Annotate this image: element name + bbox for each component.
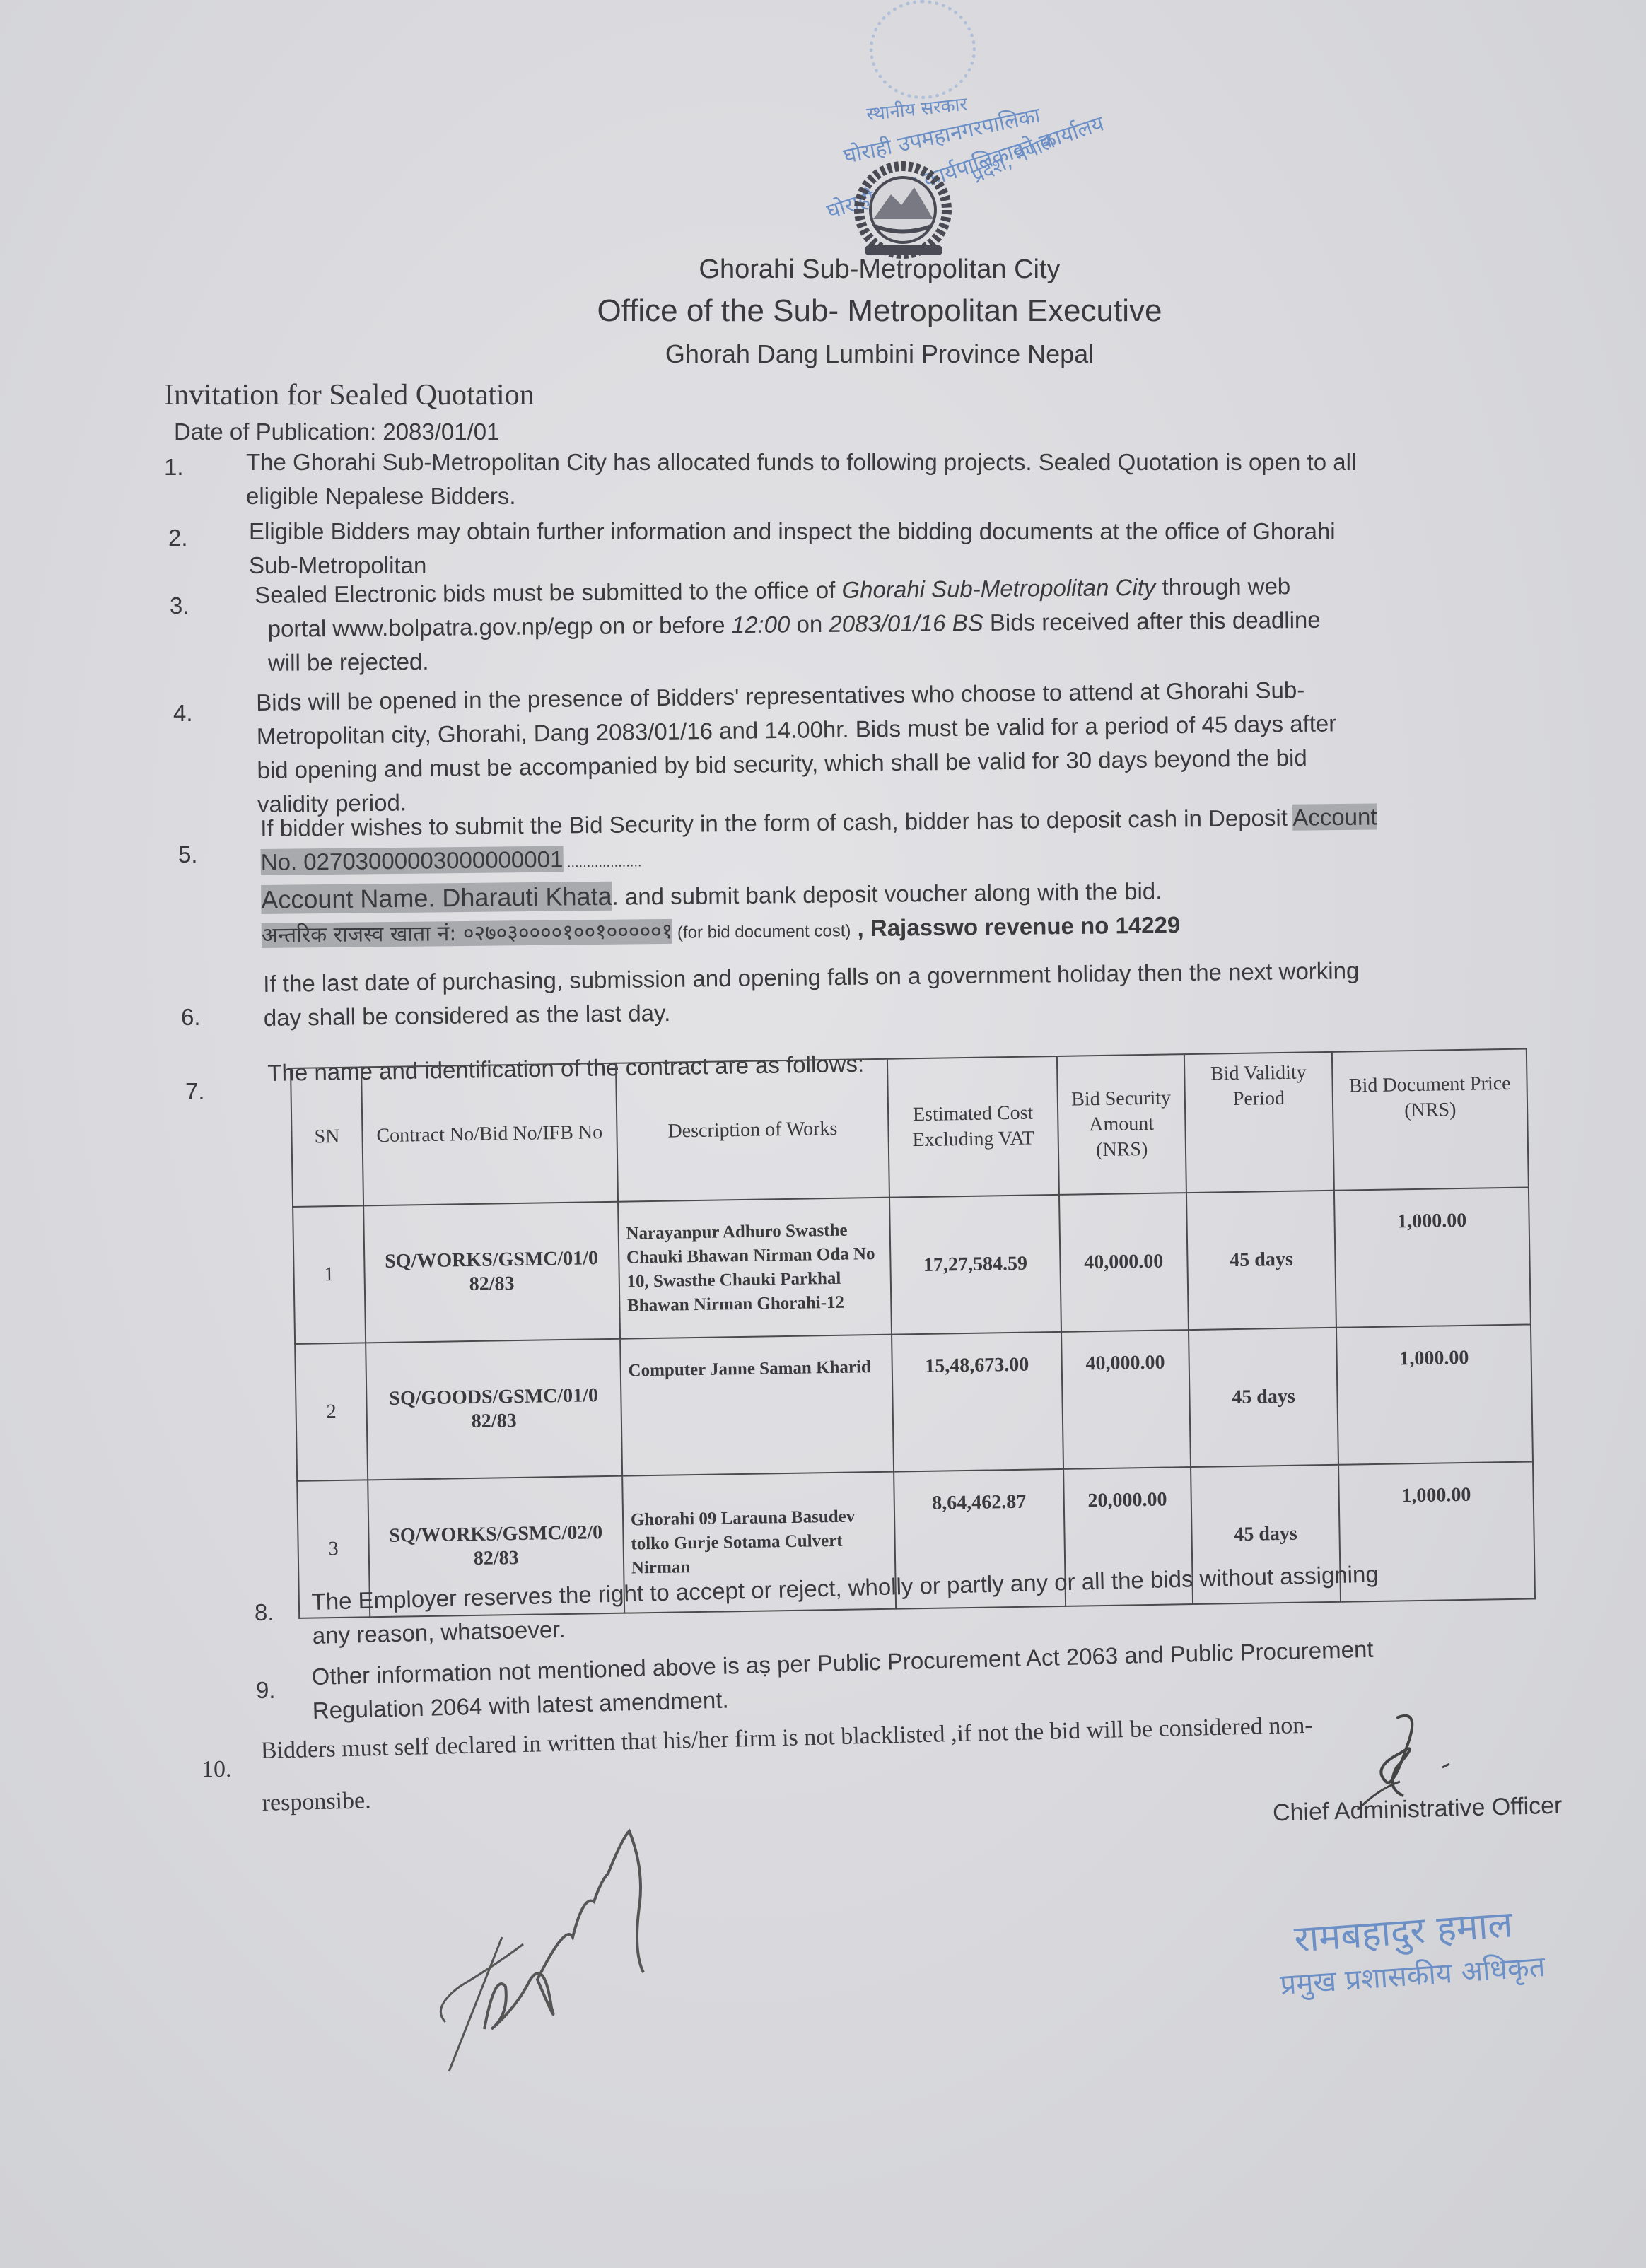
- clause-line: Eligible Bidders may obtain further info…: [249, 515, 1336, 549]
- clause-number: 9.: [256, 1677, 276, 1704]
- clause-number: 5.: [178, 841, 198, 868]
- cell-contract-no: SQ/WORKS/GSMC/01/0 82/83: [363, 1202, 620, 1343]
- city-name: Ghorahi Sub-Metropolitan City: [57, 255, 1646, 285]
- clause-number: 6.: [181, 1004, 201, 1031]
- contract-table: SN Contract No/Bid No/IFB No Description…: [290, 1048, 1536, 1619]
- revenue-account-number: अन्तरिक राजस्व खाता नं: ०२७०३००००१००१०००…: [262, 919, 673, 948]
- cell-estimated-cost: 15,48,673.00: [892, 1332, 1063, 1472]
- cell-validity: 45 days: [1189, 1328, 1339, 1467]
- cell-doc-price: 1,000.00: [1336, 1324, 1533, 1464]
- clause-number: 3.: [170, 592, 189, 619]
- column-header: Bid Validity Period: [1184, 1052, 1335, 1193]
- account-highlight: Account: [1292, 803, 1377, 830]
- office-name: Office of the Sub- Metropolitan Executiv…: [57, 293, 1646, 329]
- cell-validity: 45 days: [1186, 1191, 1337, 1330]
- clause-6: If the last date of purchasing, submissi…: [263, 954, 1360, 1035]
- table-header-row: SN Contract No/Bid No/IFB No Description…: [291, 1049, 1529, 1207]
- municipal-emblem: स्थानीय सरकार घोराही उपमहानगरपालिका घोरा…: [707, 0, 1032, 255]
- signatory-title: Chief Administrative Officer: [1273, 1792, 1563, 1828]
- clause-number: 4.: [173, 700, 193, 727]
- cell-sn: 2: [295, 1343, 368, 1481]
- office-address: Ghorah Dang Lumbini Province Nepal: [57, 339, 1646, 369]
- nepal-coat-of-arms-icon: [845, 159, 962, 262]
- account-name: Account Name. Dharauti Khata: [261, 882, 612, 914]
- cell-estimated-cost: 17,27,584.59: [889, 1195, 1061, 1335]
- clause-line: The Ghorahi Sub-Metropolitan City has al…: [246, 445, 1356, 479]
- column-header: Bid Document Price (NRS): [1332, 1049, 1529, 1191]
- clause-3: Sealed Electronic bids must be submitted…: [255, 569, 1321, 680]
- clause-number: 2.: [168, 525, 188, 551]
- publication-date: Date of Publication: 2083/01/01: [174, 419, 500, 445]
- column-header: Estimated Cost Excluding VAT: [887, 1056, 1059, 1198]
- table-row: 1 SQ/WORKS/GSMC/01/0 82/83 Narayanpur Ad…: [293, 1188, 1531, 1344]
- deposit-account-number: No. 02703000003000000001: [261, 846, 564, 875]
- rajasswo-revenue-number: , Rajasswo revenue no 14229: [851, 911, 1180, 941]
- cell-bid-security: 40,000.00: [1061, 1330, 1191, 1469]
- column-header: Contract No/Bid No/IFB No: [361, 1063, 618, 1206]
- column-header: Description of Works: [616, 1059, 889, 1202]
- table-row: 2 SQ/GOODS/GSMC/01/0 82/83 Computer Jann…: [295, 1324, 1533, 1480]
- column-header: Bid Security Amount (NRS): [1057, 1054, 1186, 1195]
- notice-title: Invitation for Sealed Quotation: [164, 378, 535, 412]
- cell-description: Computer Janne Saman Kharid: [620, 1335, 894, 1476]
- cell-sn: 1: [293, 1205, 366, 1344]
- clause-1: The Ghorahi Sub-Metropolitan City has al…: [246, 445, 1356, 513]
- clause-line: eligible Nepalese Bidders.: [246, 479, 1356, 513]
- cell-description: Narayanpur Adhuro Swasthe Chauki Bhawan …: [618, 1198, 892, 1339]
- clause-number: 7.: [185, 1078, 205, 1105]
- column-header: SN: [291, 1067, 363, 1207]
- clause-number: 10.: [202, 1756, 232, 1783]
- cell-contract-no: SQ/GOODS/GSMC/01/0 82/83: [366, 1339, 622, 1480]
- left-signature-icon: [417, 1796, 658, 2079]
- cell-bid-security: 40,000.00: [1059, 1193, 1189, 1332]
- clause-5: If bidder wishes to submit the Bid Secur…: [260, 800, 1378, 954]
- clause-4: Bids will be opened in the presence of B…: [256, 672, 1338, 822]
- cell-doc-price: 1,000.00: [1334, 1188, 1531, 1328]
- clause-number: 1.: [164, 454, 184, 481]
- clause-number: 8.: [255, 1599, 274, 1626]
- seal-ring-icon: [870, 0, 976, 99]
